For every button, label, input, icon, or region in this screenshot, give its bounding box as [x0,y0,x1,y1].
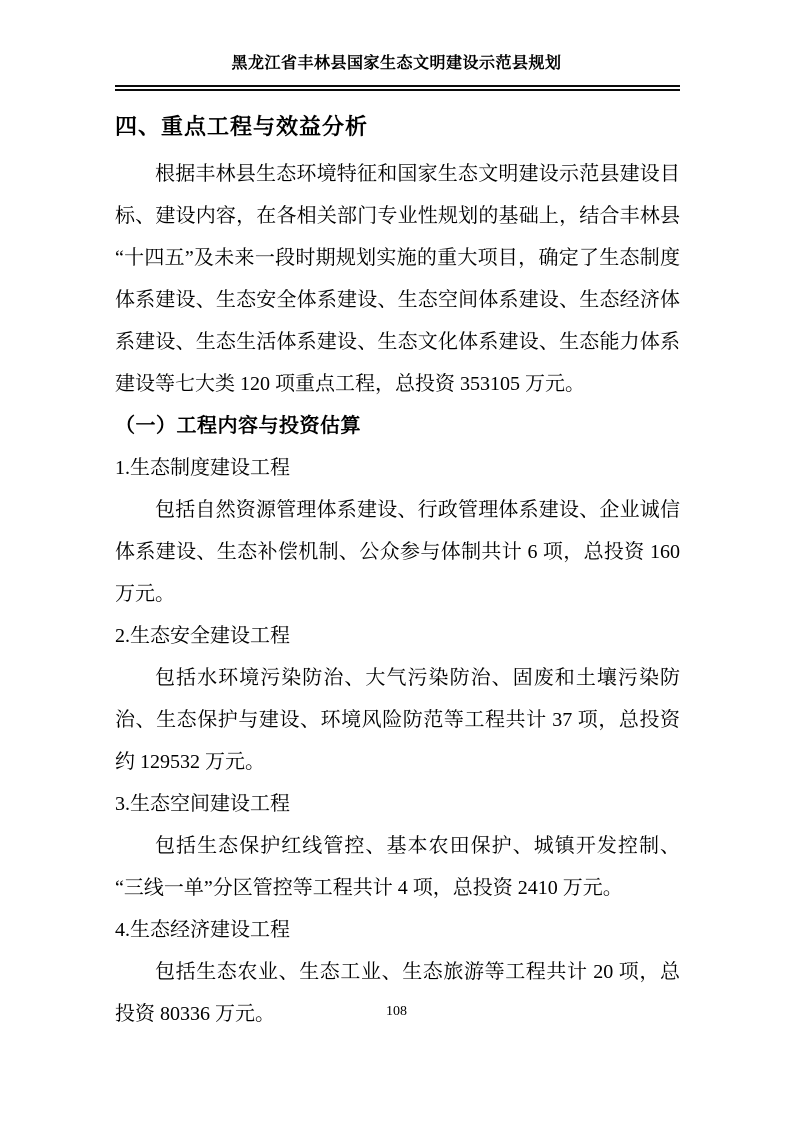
header-double-rule [115,85,680,91]
item-1-body: 包括自然资源管理体系建设、行政管理体系建设、企业诚信体系建设、生态补偿机制、公众… [115,489,680,615]
item-2-body: 包括水环境污染防治、大气污染防治、固废和土壤污染防治、生态保护与建设、环境风险防… [115,657,680,783]
page-footer: 108 [0,1002,793,1022]
item-4-heading: 4.生态经济建设工程 [115,909,680,951]
running-header-title: 黑龙江省丰林县国家生态文明建设示范县规划 [0,0,793,76]
item-2-heading: 2.生态安全建设工程 [115,615,680,657]
section-title: 四、重点工程与效益分析 [115,112,680,142]
document-page: 黑龙江省丰林县国家生态文明建设示范县规划 四、重点工程与效益分析 根据丰林县生态… [0,0,793,1122]
item-1-heading: 1.生态制度建设工程 [115,447,680,489]
page-content: 四、重点工程与效益分析 根据丰林县生态环境特征和国家生态文明建设示范县建设目标、… [115,112,680,1035]
intro-paragraph: 根据丰林县生态环境特征和国家生态文明建设示范县建设目标、建设内容，在各相关部门专… [115,153,680,405]
item-4-body: 包括生态农业、生态工业、生态旅游等工程共计 20 项，总投资 80336 万元。 [115,951,680,1035]
item-3-body: 包括生态保护红线管控、基本农田保护、城镇开发控制、“三线一单”分区管控等工程共计… [115,825,680,909]
subsection-title: （一）工程内容与投资估算 [115,405,680,447]
page-number: 108 [386,1004,407,1019]
item-3-heading: 3.生态空间建设工程 [115,783,680,825]
